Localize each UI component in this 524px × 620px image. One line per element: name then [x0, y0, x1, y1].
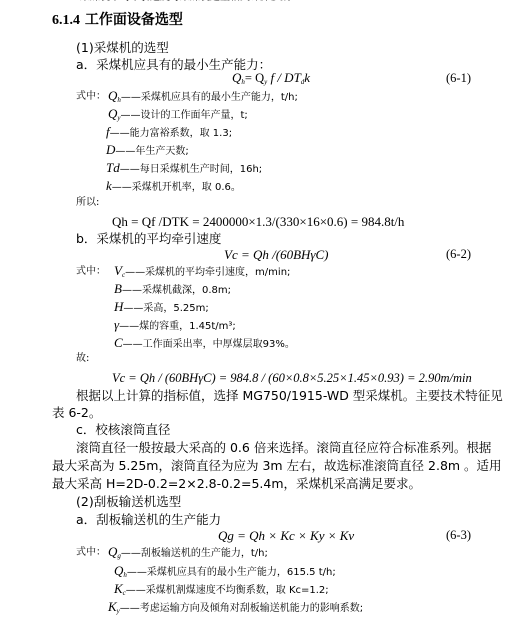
def-d: D——年生产天数;	[106, 143, 189, 159]
equation-number-6-3: (6-3)	[446, 528, 471, 543]
where-label-3: 式中：	[76, 546, 106, 560]
def-gamma: γ——煤的容重，1.45t/m³;	[114, 318, 236, 334]
def-k: k——采煤机开机率，取 0.6。	[106, 179, 241, 195]
drum-line-1: 滚筒直径一般按最大采高的 0.6 倍来选择。滚筒直径应符合标准系列。根据	[76, 440, 491, 456]
drum-line-2: 最大采高为 5.25m，滚筒直径为应为 3m 左右，故选标准滚筒直径 2.8m …	[52, 458, 502, 474]
def-kc: Kc——采煤机割煤速度不均衡系数，取 Kc=1.2;	[114, 582, 329, 600]
conveyor-heading: (2)刮板输送机选型	[76, 494, 181, 510]
equation-number-6-1: (6-1)	[446, 71, 471, 86]
section-title: 工作面设备选型	[85, 12, 183, 28]
selection-line-2: 表 6-2。	[52, 405, 101, 421]
section-number: 6.1.4	[52, 13, 80, 28]
def-ky: Ky——考虑运输方向及倾角对刮板输送机能力的影响系数;	[108, 600, 363, 618]
selection-line-1: 根据以上计算的指标值，选择 MG750/1915-WD 型采煤机。主要技术特征见	[76, 388, 503, 404]
shearer-c-title: c．校核滚筒直径	[76, 422, 170, 438]
equation-6-3: Qg = Qh × Kc × Ky × Kv	[218, 528, 354, 544]
def-b: B——采煤机截深，0.8m;	[114, 282, 231, 298]
shearer-heading: (1)采煤机的选型	[76, 40, 169, 56]
therefore-label: 故:	[76, 352, 89, 366]
cutoff-text-line: 采煤机平均牵引速度与采煤机选型相关计算参数	[80, 0, 290, 5]
def-qh: Qh——采煤机应具有的最小生产能力，t/h;	[108, 89, 298, 107]
def-td: Td——每日采煤机生产时间，16h;	[106, 161, 262, 177]
calc-qh: Qh = Qf /DTK = 2400000×1.3/(330×16×0.6) …	[112, 214, 404, 230]
def-c: C——工作面采出率，中厚煤层取93%。	[114, 336, 295, 352]
equation-6-2: Vc = Qh /(60BHγC)	[224, 247, 329, 263]
section-heading: 6.1.4 工作面设备选型	[52, 12, 183, 29]
drum-line-3: 最大采高 H=2D-0.2=2×2.8-0.2=5.4m，采煤机采高满足要求。	[52, 476, 421, 492]
equation-6-1: Qh= Qy f / DTdk	[232, 70, 310, 90]
conveyor-a-title: a．刮板输送机的生产能力	[76, 512, 221, 528]
equation-number-6-2: (6-2)	[446, 247, 471, 262]
def-qy: Qy——设计的工作面年产量，t;	[108, 107, 248, 125]
def-qh-2: Qh——采煤机应具有的最小生产能力，615.5 t/h;	[114, 564, 336, 582]
shearer-b-title: b．采煤机的平均牵引速度	[76, 231, 221, 247]
def-vc: Vc——采煤机的平均牵引速度，m/min;	[114, 264, 290, 282]
where-label-2: 式中：	[76, 265, 106, 279]
def-h: H——采高，5.25m;	[114, 300, 209, 316]
calc-vc: Vc = Qh / (60BHγC) = 984.8 / (60×0.8×5.2…	[112, 370, 472, 386]
def-qg: Qg——刮板输送机的生产能力，t/h;	[108, 545, 268, 563]
def-f: f——能力富裕系数，取 1.3;	[106, 125, 232, 141]
where-label-1: 式中：	[76, 90, 106, 104]
so-label: 所以:	[76, 196, 99, 210]
